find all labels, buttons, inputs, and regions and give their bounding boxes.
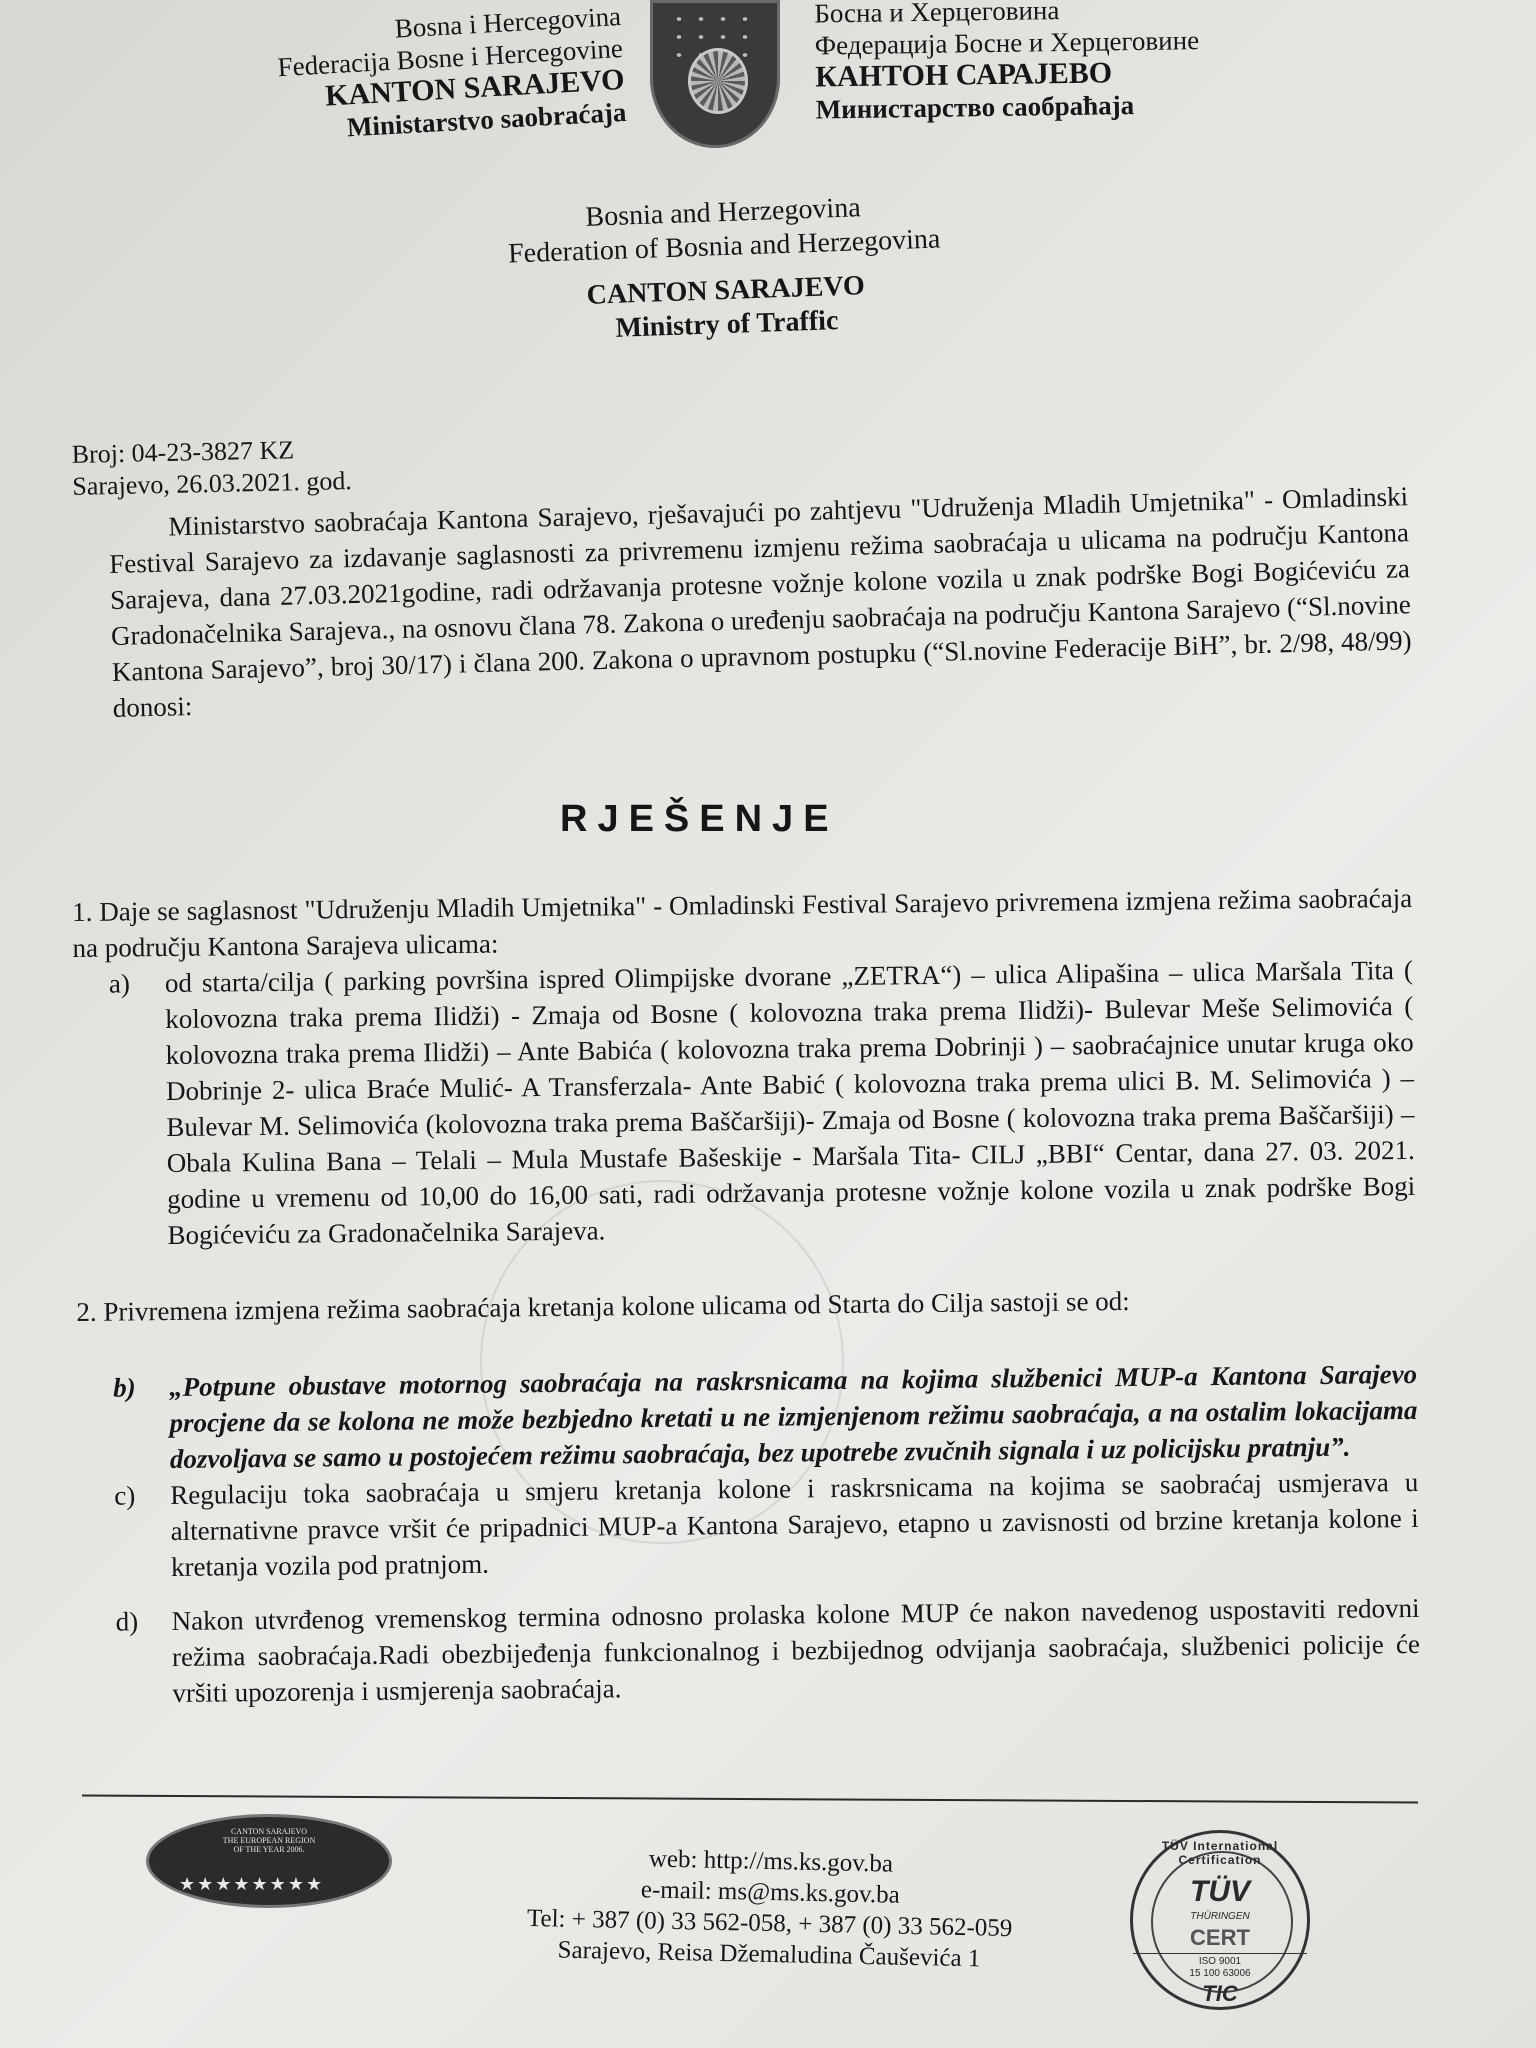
item-label: d) (115, 1603, 172, 1712)
item-2: 2. Privremena izmjena režima saobraćaja … (76, 1280, 1416, 1330)
item-text: Regulaciju toka saobraćaja u smjeru kret… (170, 1464, 1419, 1585)
badge-text: CANTON SARAJEVO THE EUROPEAN REGION OF T… (149, 1827, 389, 1854)
item-1a: a) od starta/cilja ( parking površina is… (109, 952, 1416, 1254)
european-region-badge: CANTON SARAJEVO THE EUROPEAN REGION OF T… (146, 1814, 392, 1908)
tuv-logo: TÜV (1133, 1875, 1307, 1909)
stars-icon: ★★★★★★★★ (179, 1874, 324, 1895)
seal-region: THÜRINGEN (1133, 1911, 1307, 1922)
item-label: c) (114, 1477, 171, 1586)
item-label: b) (113, 1369, 170, 1478)
item-2c: c) Regulaciju toka saobraćaja u smjeru k… (114, 1464, 1419, 1586)
reference-date: Sarajevo, 26.03.2021. god. (72, 465, 352, 503)
item-text: Nakon utvrđenog vremenskog termina odnos… (171, 1590, 1420, 1711)
coat-of-arms-icon (650, 0, 780, 148)
item-label: a) (109, 965, 168, 1254)
seal-ring-text: TÜV International Certification (1133, 1839, 1307, 1867)
seal-iso: ISO 9001 15 100 63006 (1133, 1953, 1307, 1980)
tuv-certification-seal: TÜV International Certification TÜV THÜR… (1130, 1830, 1310, 2010)
document-page: Bosna i Hercegovina Federacija Bosne i H… (0, 0, 1536, 2048)
contact-block: web: http://ms.ks.gov.ba e-mail: ms@ms.k… (439, 1839, 1101, 1977)
reference-block: Broj: 04-23-3827 KZ Sarajevo, 26.03.2021… (71, 433, 352, 503)
document-title: RJEŠENJE (560, 798, 839, 841)
emblem-icon (688, 48, 748, 114)
seal-cert: CERT (1133, 1925, 1307, 1951)
intro-paragraph: Ministarstvo saobraćaja Kantona Sarajevo… (108, 478, 1413, 726)
seal-tic: TIC (1133, 1981, 1307, 2007)
item-2b: b) „Potpune obustave motornog saobraćaja… (113, 1356, 1418, 1478)
item-2d: d) Nakon utvrđenog vremenskog termina od… (115, 1590, 1420, 1712)
header-ministry-cyr: Министарство саобраћаја (815, 87, 1315, 126)
header-english: Bosnia and Herzegovina Federation of Bos… (458, 187, 993, 351)
item-text: od starta/cilja ( parking površina ispre… (165, 952, 1416, 1253)
footer-divider (82, 1795, 1418, 1804)
decision-items: 1. Daje se saglasnost "Udruženju Mladih … (72, 880, 1420, 1712)
intro-text: Ministarstvo saobraćaja Kantona Sarajevo… (108, 478, 1413, 726)
item-text: „Potpune obustave motornog saobraćaja na… (169, 1356, 1418, 1477)
header-cyrillic: Босна и Херцеговина Федерација Босне и Х… (814, 0, 1316, 125)
header-latin: Bosna i Hercegovina Federacija Bosne i H… (231, 0, 628, 150)
